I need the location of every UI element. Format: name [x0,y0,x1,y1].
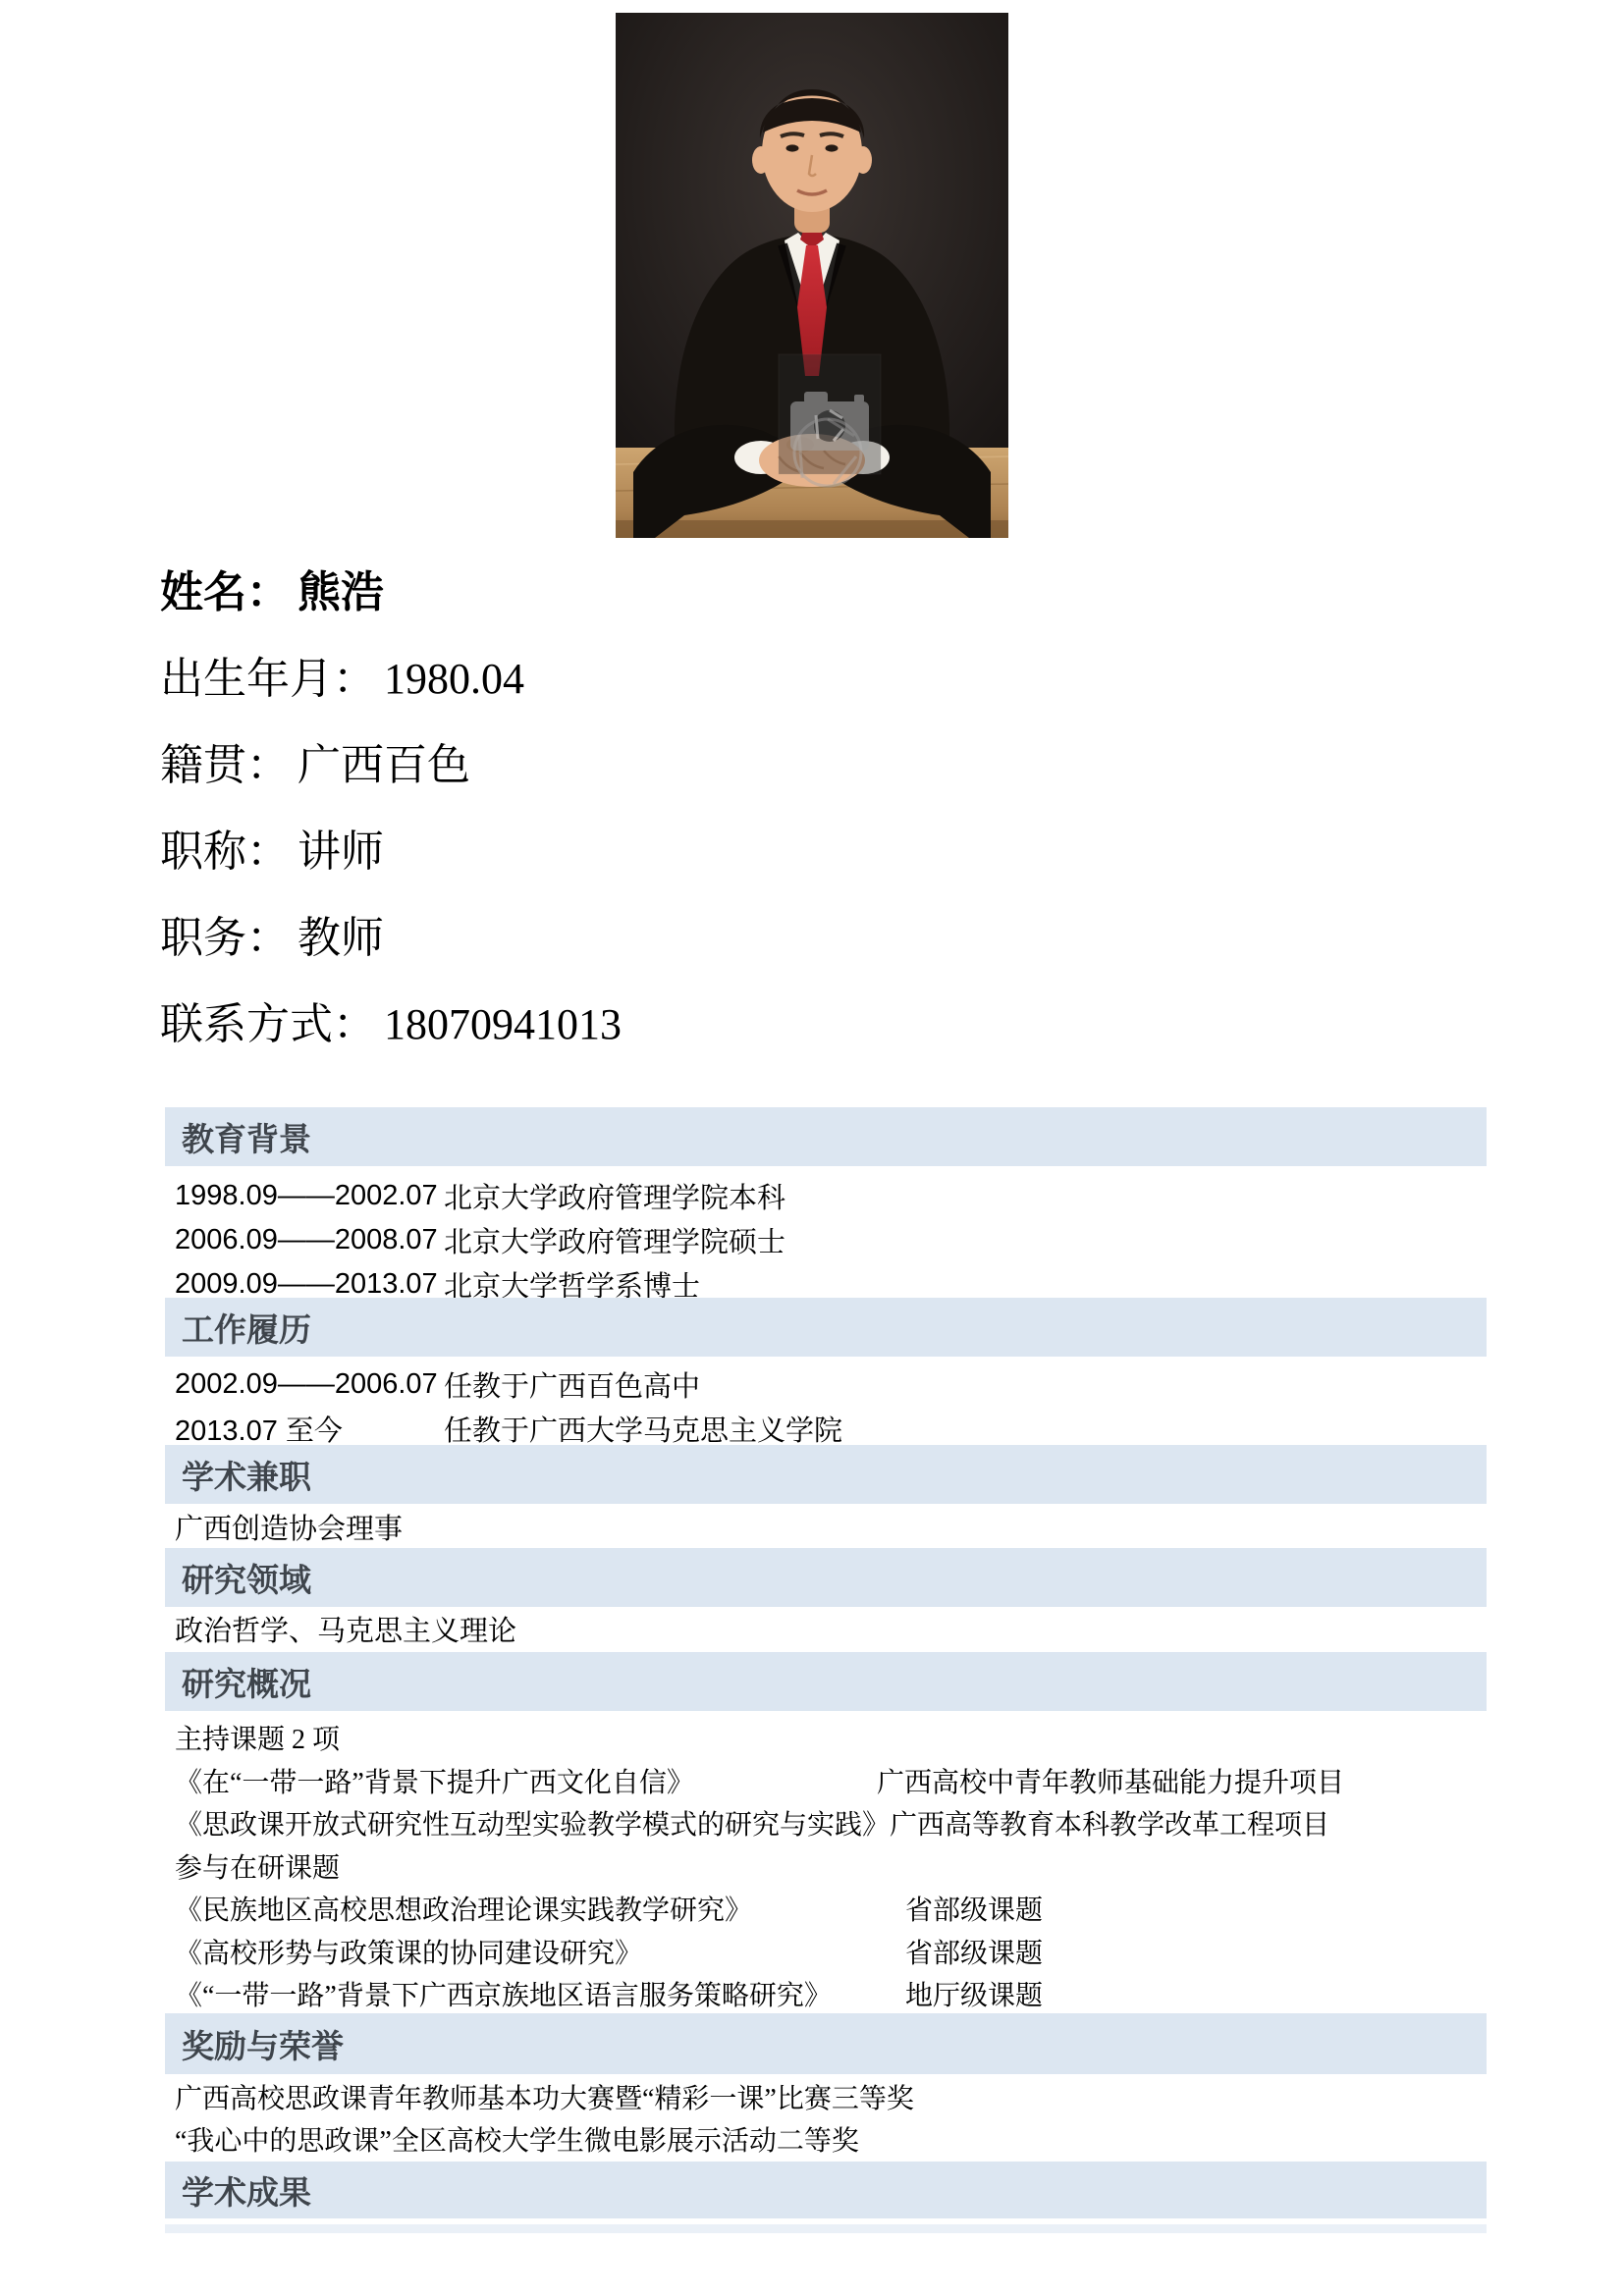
research-line: 《民族地区高校思想政治理论课实践教学研究》 省部级课题 [175,1890,1487,1933]
section-content-work: 2002.09——2006.07 任教于广西百色高中 2013.07 至今 任教… [175,1362,1487,1451]
research-line: 主持课题 2 项 [175,1719,1487,1762]
section-header-achievements: 学术成果 [165,2162,1487,2218]
work-row: 2002.09——2006.07 任教于广西百色高中 [175,1362,1487,1407]
research-text: 《思政课开放式研究性互动型实验教学模式的研究与实践》广西高等教育本科教学改革工程… [175,1810,1329,1841]
section-title: 奖励与荣誉 [182,2021,344,2067]
research-text: 参与在研课题 [175,1853,340,1884]
cv-page: 姓名：熊浩 出生年月：1980.04 籍贯：广西百色 职称：讲师 职务：教师 联… [0,0,1624,2296]
section-header-research-field: 研究领域 [165,1548,1487,1607]
section-title: 教育背景 [182,1114,311,1160]
research-tag: 省部级课题 [905,1933,1043,1976]
award-line: “我心中的思政课”全区高校大学生微电影展示活动二等奖 [175,2120,1487,2163]
section-title: 学术兼职 [182,1452,311,1498]
section-header-parttime: 学术兼职 [165,1445,1487,1504]
research-line: 《思政课开放式研究性互动型实验教学模式的研究与实践》广西高等教育本科教学改革工程… [175,1804,1487,1847]
research-tag: 广西高校中青年教师基础能力提升项目 [877,1762,1344,1805]
section-title: 研究概况 [182,1659,311,1705]
education-row: 2006.09——2008.07 北京大学政府管理学院硕士 [175,1218,1487,1262]
section-header-education: 教育背景 [165,1107,1487,1166]
cv-sections: 教育背景 1998.09——2002.07 北京大学政府管理学院本科 2006.… [165,0,1487,2296]
section-header-awards: 奖励与荣誉 [165,2013,1487,2074]
research-line: 《“一带一路”背景下广西京族地区语言服务策略研究》 地厅级课题 [175,1975,1487,2018]
research-line: 《在“一带一路”背景下提升广西文化自信》 广西高校中青年教师基础能力提升项目 [175,1762,1487,1805]
research-text: 《高校形势与政策课的协同建设研究》 [175,1939,642,1969]
work-period: 2013.07 至今 [175,1409,444,1449]
work-period: 2002.09——2006.07 [175,1368,444,1401]
work-detail: 任教于广西大学马克思主义学院 [444,1409,842,1449]
section-content-awards: 广西高校思政课青年教师基本功大赛暨“精彩一课”比赛三等奖 “我心中的思政课”全区… [175,2078,1487,2163]
parttime-text: 广西创造协会理事 [175,1510,1487,1549]
research-text: 《在“一带一路”背景下提升广西文化自信》 [175,1768,694,1798]
research-text: 主持课题 2 项 [175,1725,340,1755]
section-title: 工作履历 [182,1305,311,1351]
table-grid-strip [165,2224,1487,2233]
research-text: 《“一带一路”背景下广西京族地区语言服务策略研究》 [175,1981,832,2011]
research-line: 《高校形势与政策课的协同建设研究》 省部级课题 [175,1933,1487,1976]
section-title: 研究领域 [182,1555,311,1601]
research-tag: 省部级课题 [905,1890,1043,1933]
section-content-parttime: 广西创造协会理事 [175,1510,1487,1549]
research-field-text: 政治哲学、马克思主义理论 [175,1612,1487,1651]
section-content-education: 1998.09——2002.07 北京大学政府管理学院本科 2006.09——2… [175,1174,1487,1307]
research-tag: 地厅级课题 [905,1975,1043,2018]
education-period: 2009.09——2013.07 [175,1268,444,1301]
section-content-research-field: 政治哲学、马克思主义理论 [175,1612,1487,1651]
award-line: 广西高校思政课青年教师基本功大赛暨“精彩一课”比赛三等奖 [175,2078,1487,2120]
education-period: 2006.09——2008.07 [175,1224,444,1256]
research-line: 参与在研课题 [175,1847,1487,1891]
section-header-work: 工作履历 [165,1298,1487,1357]
education-period: 1998.09——2002.07 [175,1180,444,1212]
section-header-research-overview: 研究概况 [165,1652,1487,1711]
education-row: 1998.09——2002.07 北京大学政府管理学院本科 [175,1174,1487,1218]
education-detail: 北京大学政府管理学院本科 [444,1176,785,1216]
education-detail: 北京大学政府管理学院硕士 [444,1220,785,1260]
section-title: 学术成果 [182,2167,311,2214]
work-detail: 任教于广西百色高中 [444,1364,700,1405]
section-content-research-overview: 主持课题 2 项 《在“一带一路”背景下提升广西文化自信》 广西高校中青年教师基… [175,1719,1487,2018]
research-text: 《民族地区高校思想政治理论课实践教学研究》 [175,1896,752,1926]
